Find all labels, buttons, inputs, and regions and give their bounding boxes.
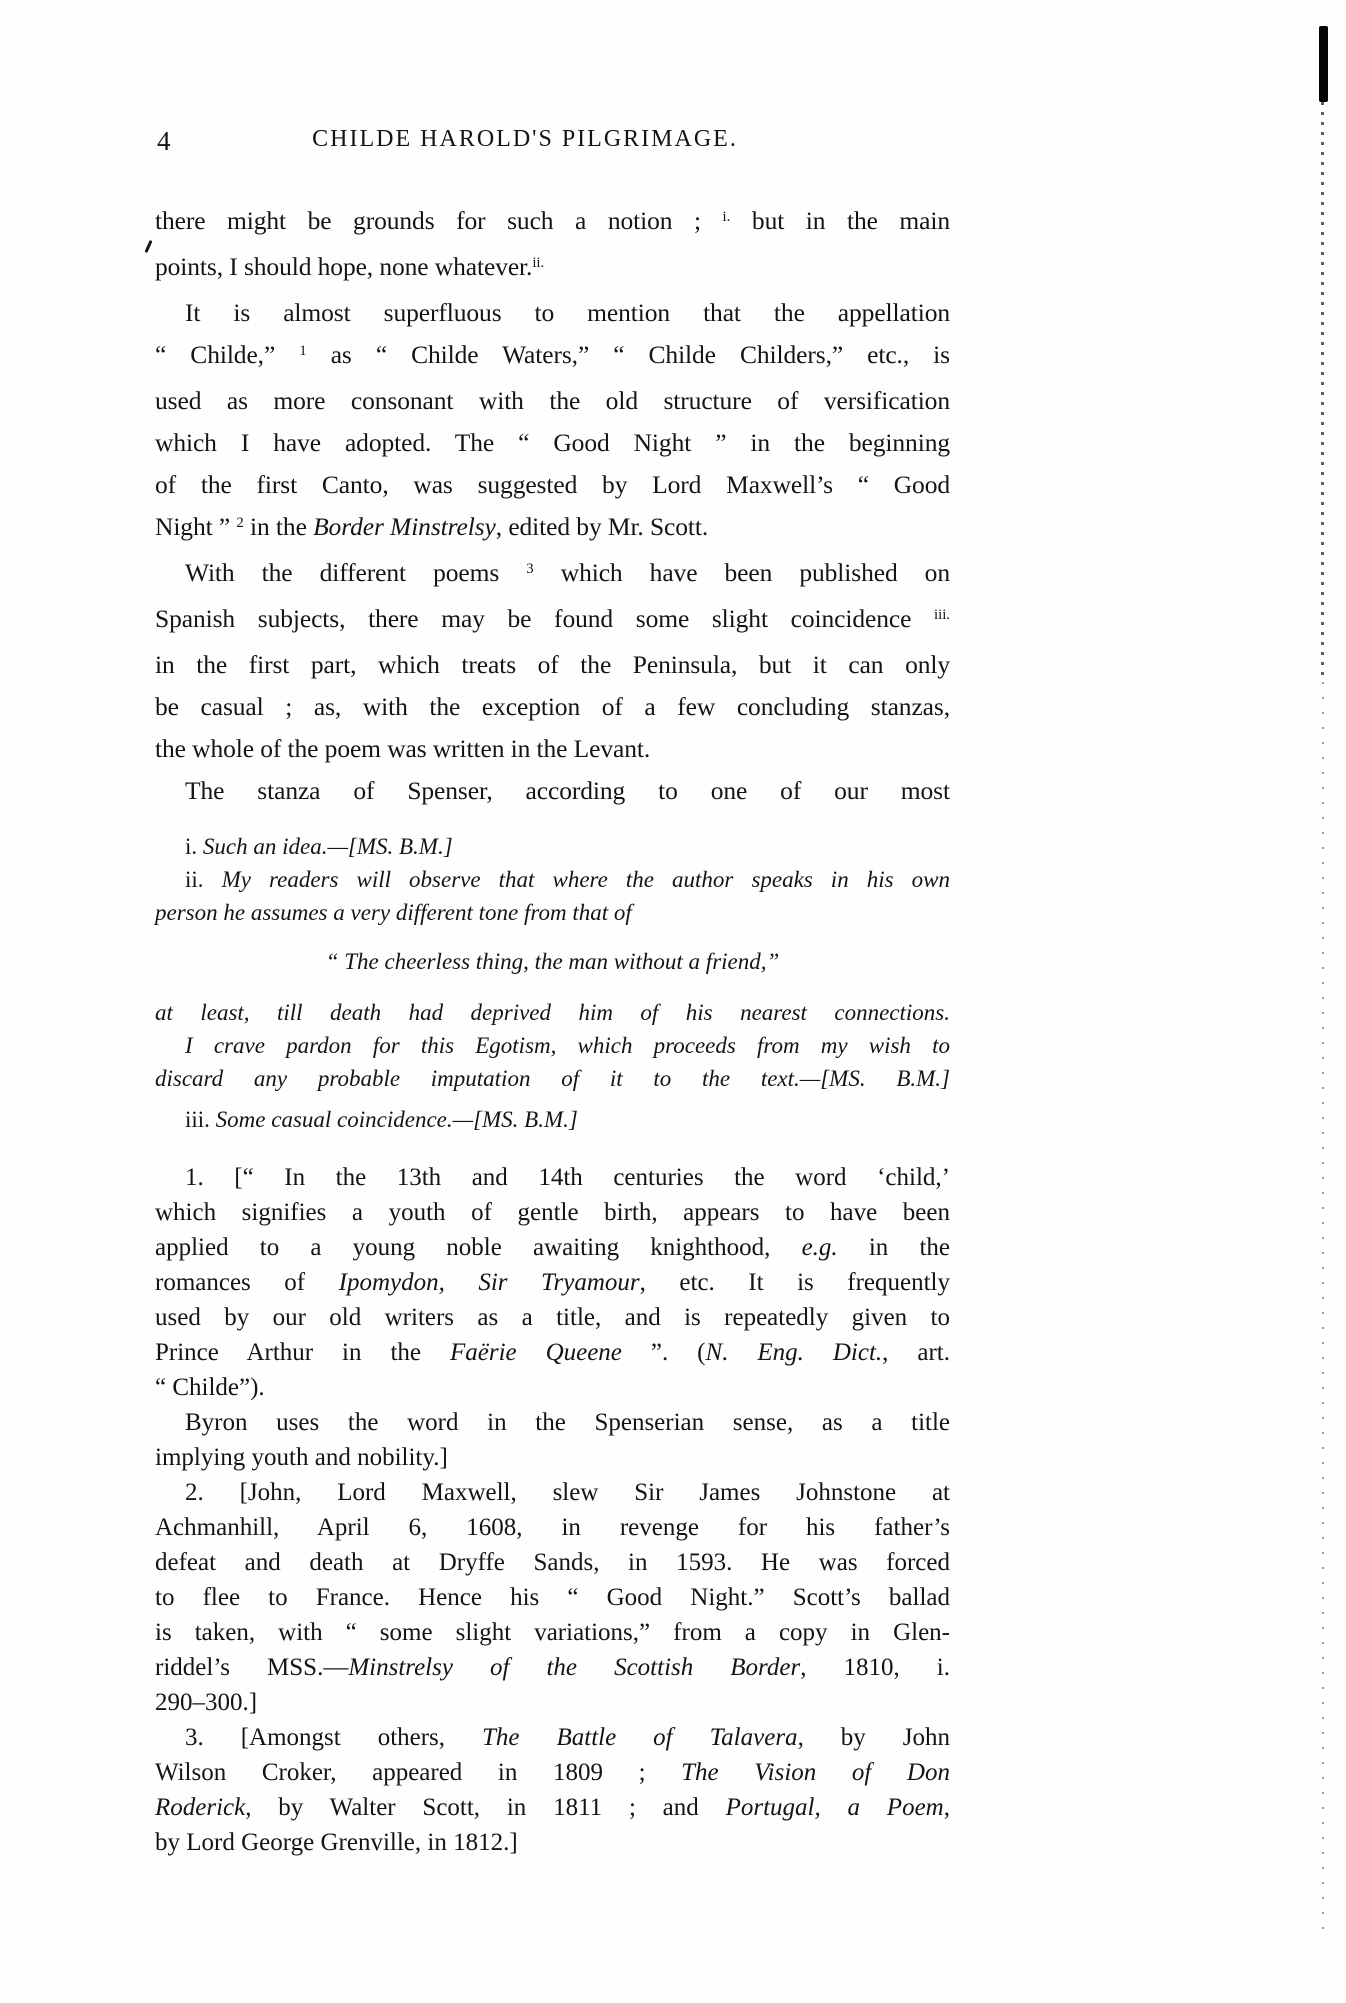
text-line: i. Such an idea.—[MS. B.M.] <box>155 830 950 863</box>
text-run: I crave pardon for this Egotism, which p… <box>185 1033 950 1058</box>
footnote-ref: iii. <box>934 607 950 623</box>
text-run: , art. <box>882 1339 950 1366</box>
running-title: CHILDE HAROLD'S PILGRIMAGE. <box>155 126 950 153</box>
text-line: person he assumes a very different tone … <box>155 896 950 929</box>
footnote-ref: ii. <box>532 255 544 271</box>
text-run: “ The cheerless thing, the man without a… <box>326 949 780 974</box>
footnote-ref: 1 <box>299 343 306 359</box>
text-run: The Vision of Don <box>681 1759 950 1786</box>
text-line: discard any probable imputation of it to… <box>155 1062 950 1095</box>
text-run: It is almost superfluous to mention that… <box>185 298 950 327</box>
text-line: 1. [“ In the 13th and 14th centuries the… <box>155 1160 950 1195</box>
text-line: in the first part, which treats of the P… <box>155 644 950 686</box>
text-line: which signifies a youth of gentle birth,… <box>155 1195 950 1230</box>
text-run: The stanza of Spenser, according to one … <box>185 776 950 805</box>
numbered-notes-block: 1. [“ In the 13th and 14th centuries the… <box>155 1160 950 1860</box>
text-line: points, I should hope, none whatever.ii. <box>155 246 950 292</box>
text-run: N. Eng. Dict. <box>706 1339 883 1366</box>
text-run: My readers will observe that where the a… <box>222 867 950 892</box>
text-run: points, I should hope, none whatever. <box>155 252 532 281</box>
text-line: Roderick, by Walter Scott, in 1811 ; and… <box>155 1790 950 1825</box>
text-line: Byron uses the word in the Spenserian se… <box>155 1405 950 1440</box>
text-run: 1. [“ In the 13th and 14th centuries the… <box>185 1164 950 1191</box>
text-line: “ The cheerless thing, the man without a… <box>155 945 950 978</box>
text-line: used as more consonant with the old stru… <box>155 380 950 422</box>
text-run: used by our old writers as a title, and … <box>155 1304 950 1331</box>
text-run: be casual ; as, with the exception of a … <box>155 692 950 721</box>
text-line: at least, till death had deprived him of… <box>155 996 950 1029</box>
text-run: which signifies a youth of gentle birth,… <box>155 1199 950 1226</box>
text-line: romances of Ipomydon, Sir Tryamour, etc.… <box>155 1265 950 1300</box>
text-run: in the <box>838 1234 950 1261</box>
text-run: ”. ( <box>622 1339 706 1366</box>
text-line: It is almost superfluous to mention that… <box>155 292 950 334</box>
text-line: be casual ; as, with the exception of a … <box>155 686 950 728</box>
text-run: “ Childe,” <box>155 340 299 369</box>
text-run: as “ Childe Waters,” “ Childe Childers,”… <box>307 340 950 369</box>
text-line: of the first Canto, was suggested by Lor… <box>155 464 950 506</box>
text-run: 3. [Amongst others, <box>185 1724 482 1751</box>
text-run: which have been published on <box>534 558 950 587</box>
text-run: e.g. <box>802 1234 838 1261</box>
text-run: , edited by Mr. Scott. <box>496 512 708 541</box>
text-run: “ Childe”). <box>155 1374 265 1401</box>
stray-ink-mark <box>144 240 152 253</box>
text-run: Prince Arthur in the <box>155 1339 450 1366</box>
text-line: which I have adopted. The “ Good Night ”… <box>155 422 950 464</box>
text-run: discard any probable imputation of it to… <box>155 1066 950 1091</box>
text-line: defeat and death at Dryffe Sands, in 159… <box>155 1545 950 1580</box>
text-run: by Lord George Grenville, in 1812.] <box>155 1829 518 1856</box>
text-run: , 1810, i. <box>800 1654 950 1681</box>
text-line: Prince Arthur in the Faërie Queene ”. (N… <box>155 1335 950 1370</box>
text-run: The Battle of Talavera <box>482 1724 798 1751</box>
text-line: Spanish subjects, there may be found som… <box>155 598 950 644</box>
text-run: applied to a young noble awaiting knight… <box>155 1234 802 1261</box>
text-line: Wilson Croker, appeared in 1809 ; The Vi… <box>155 1755 950 1790</box>
text-run: Spanish subjects, there may be found som… <box>155 604 934 633</box>
text-run: which I have adopted. The “ Good Night ”… <box>155 428 950 457</box>
text-run: i. <box>185 834 203 859</box>
text-line: 290–300.] <box>155 1685 950 1720</box>
text-run: , by Walter Scott, in 1811 ; and <box>245 1794 725 1821</box>
text-run: Such an idea.—[MS. B.M.] <box>203 834 453 859</box>
text-run: , by John <box>798 1724 950 1751</box>
text-line: Night ” 2 in the Border Minstrelsy, edit… <box>155 506 950 552</box>
text-run: iii. <box>185 1107 216 1132</box>
text-run: the whole of the poem was written in the… <box>155 734 650 763</box>
text-line: riddel’s MSS.—Minstrelsy of the Scottish… <box>155 1650 950 1685</box>
text-line: The stanza of Spenser, according to one … <box>155 770 950 812</box>
text-run: Achmanhill, April 6, 1608, in revenge fo… <box>155 1514 950 1541</box>
text-run: Minstrelsy of the Scottish Border <box>348 1654 800 1681</box>
page-number: 4 <box>157 126 171 157</box>
text-line: I crave pardon for this Egotism, which p… <box>155 1029 950 1062</box>
text-run: , <box>944 1794 950 1821</box>
text-line: implying youth and nobility.] <box>155 1440 950 1475</box>
text-run: of the first Canto, was suggested by Lor… <box>155 470 950 499</box>
text-line: iii. Some casual coincidence.—[MS. B.M.] <box>155 1103 950 1136</box>
text-run: implying youth and nobility.] <box>155 1444 448 1471</box>
text-line: “ Childe,” 1 as “ Childe Waters,” “ Chil… <box>155 334 950 380</box>
text-line: applied to a young noble awaiting knight… <box>155 1230 950 1265</box>
text-run: in the <box>244 512 313 541</box>
footnote-ref: i. <box>723 209 731 225</box>
footnote-ref: 3 <box>526 561 533 577</box>
footnotes-block: i. Such an idea.—[MS. B.M.]ii. My reader… <box>155 830 950 1136</box>
text-line: With the different poems 3 which have be… <box>155 552 950 598</box>
text-run: romances of <box>155 1269 339 1296</box>
text-run: Ipomydon, Sir Tryamour <box>339 1269 640 1296</box>
text-line: there might be grounds for such a notion… <box>155 200 950 246</box>
text-run: 2. [John, Lord Maxwell, slew Sir James J… <box>185 1479 950 1506</box>
text-line: Achmanhill, April 6, 1608, in revenge fo… <box>155 1510 950 1545</box>
text-run: , etc. It is frequently <box>640 1269 950 1296</box>
text-run: Faërie Queene <box>450 1339 622 1366</box>
text-run: ii. <box>185 867 222 892</box>
text-run: 290–300.] <box>155 1689 257 1716</box>
text-run: there might be grounds for such a notion… <box>155 206 723 235</box>
text-line: the whole of the poem was written in the… <box>155 728 950 770</box>
text-line: 3. [Amongst others, The Battle of Talave… <box>155 1720 950 1755</box>
text-run: riddel’s MSS.— <box>155 1654 348 1681</box>
text-run: but in the main <box>730 206 950 235</box>
text-run: Night ” <box>155 512 236 541</box>
text-run: Some casual coincidence.—[MS. B.M.] <box>216 1107 578 1132</box>
text-run: With the different poems <box>185 558 526 587</box>
text-line: ii. My readers will observe that where t… <box>155 863 950 896</box>
text-run: in the first part, which treats of the P… <box>155 650 950 679</box>
text-run: defeat and death at Dryffe Sands, in 159… <box>155 1549 950 1576</box>
footnote-ref: 2 <box>236 515 243 531</box>
main-text-block: there might be grounds for such a notion… <box>155 200 950 812</box>
text-run: at least, till death had deprived him of… <box>155 1000 950 1025</box>
scan-artifact-speckle-upper <box>1321 102 1324 682</box>
text-run: to flee to France. Hence his “ Good Nigh… <box>155 1584 950 1611</box>
text-line: is taken, with “ some slight variations,… <box>155 1615 950 1650</box>
text-run: Byron uses the word in the Spenserian se… <box>185 1409 950 1436</box>
text-run: is taken, with “ some slight variations,… <box>155 1619 950 1646</box>
text-line: used by our old writers as a title, and … <box>155 1300 950 1335</box>
scan-artifact-speckle-lower <box>1322 682 1324 1932</box>
page-header: 4 CHILDE HAROLD'S PILGRIMAGE. <box>155 126 950 160</box>
text-line: “ Childe”). <box>155 1370 950 1405</box>
text-line: by Lord George Grenville, in 1812.] <box>155 1825 950 1860</box>
scan-artifact-bar <box>1319 26 1328 102</box>
book-page: 4 CHILDE HAROLD'S PILGRIMAGE. there migh… <box>0 0 1346 2003</box>
text-run: Border Minstrelsy <box>313 512 496 541</box>
text-run: person he assumes a very different tone … <box>155 900 632 925</box>
text-line: 2. [John, Lord Maxwell, slew Sir James J… <box>155 1475 950 1510</box>
text-run: Portugal, a Poem <box>726 1794 944 1821</box>
text-run: Roderick <box>155 1794 245 1821</box>
text-line: to flee to France. Hence his “ Good Nigh… <box>155 1580 950 1615</box>
text-run: used as more consonant with the old stru… <box>155 386 950 415</box>
text-run: Wilson Croker, appeared in 1809 ; <box>155 1759 681 1786</box>
